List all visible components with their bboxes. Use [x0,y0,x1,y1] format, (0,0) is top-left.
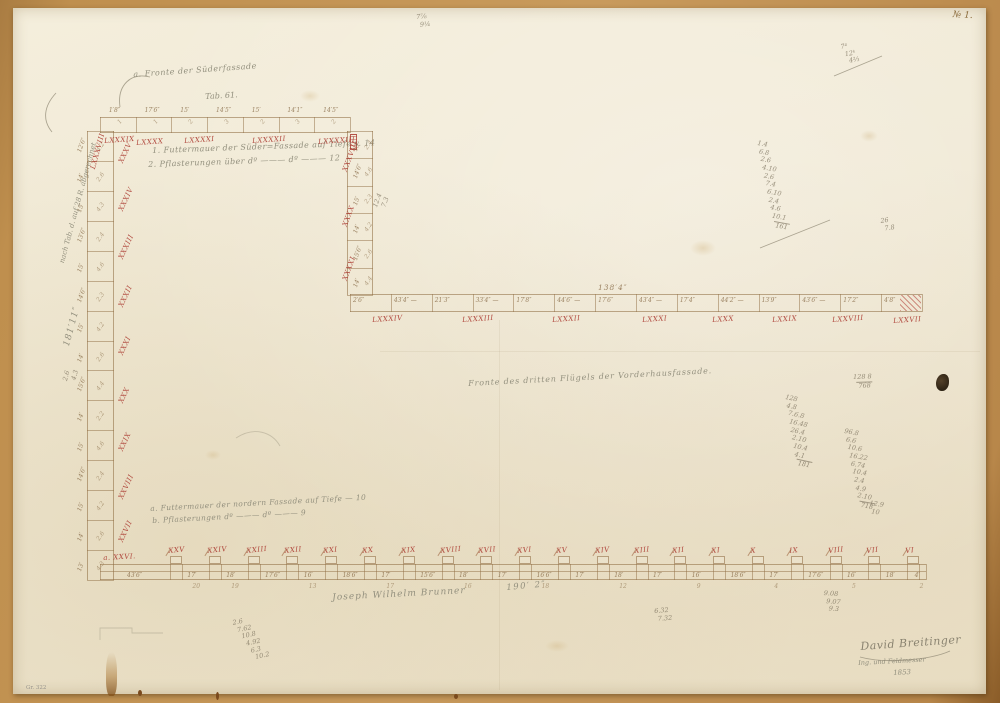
signature-flourish [860,651,950,661]
facade-note-leader-curve [120,76,150,107]
scanned-survey-sheet: № 1. a. Fronte der Süderfassade Tab. 61.… [0,0,1000,711]
left-margin-curve [46,93,56,132]
computation-strike-line [760,220,830,248]
pencil-curves [0,0,1000,711]
step-sketch [100,628,163,640]
board-speck [216,692,219,700]
board-speck [138,690,142,696]
computation-strike-line [834,56,882,76]
board-speck [454,694,458,699]
ghost-curve [236,432,280,446]
